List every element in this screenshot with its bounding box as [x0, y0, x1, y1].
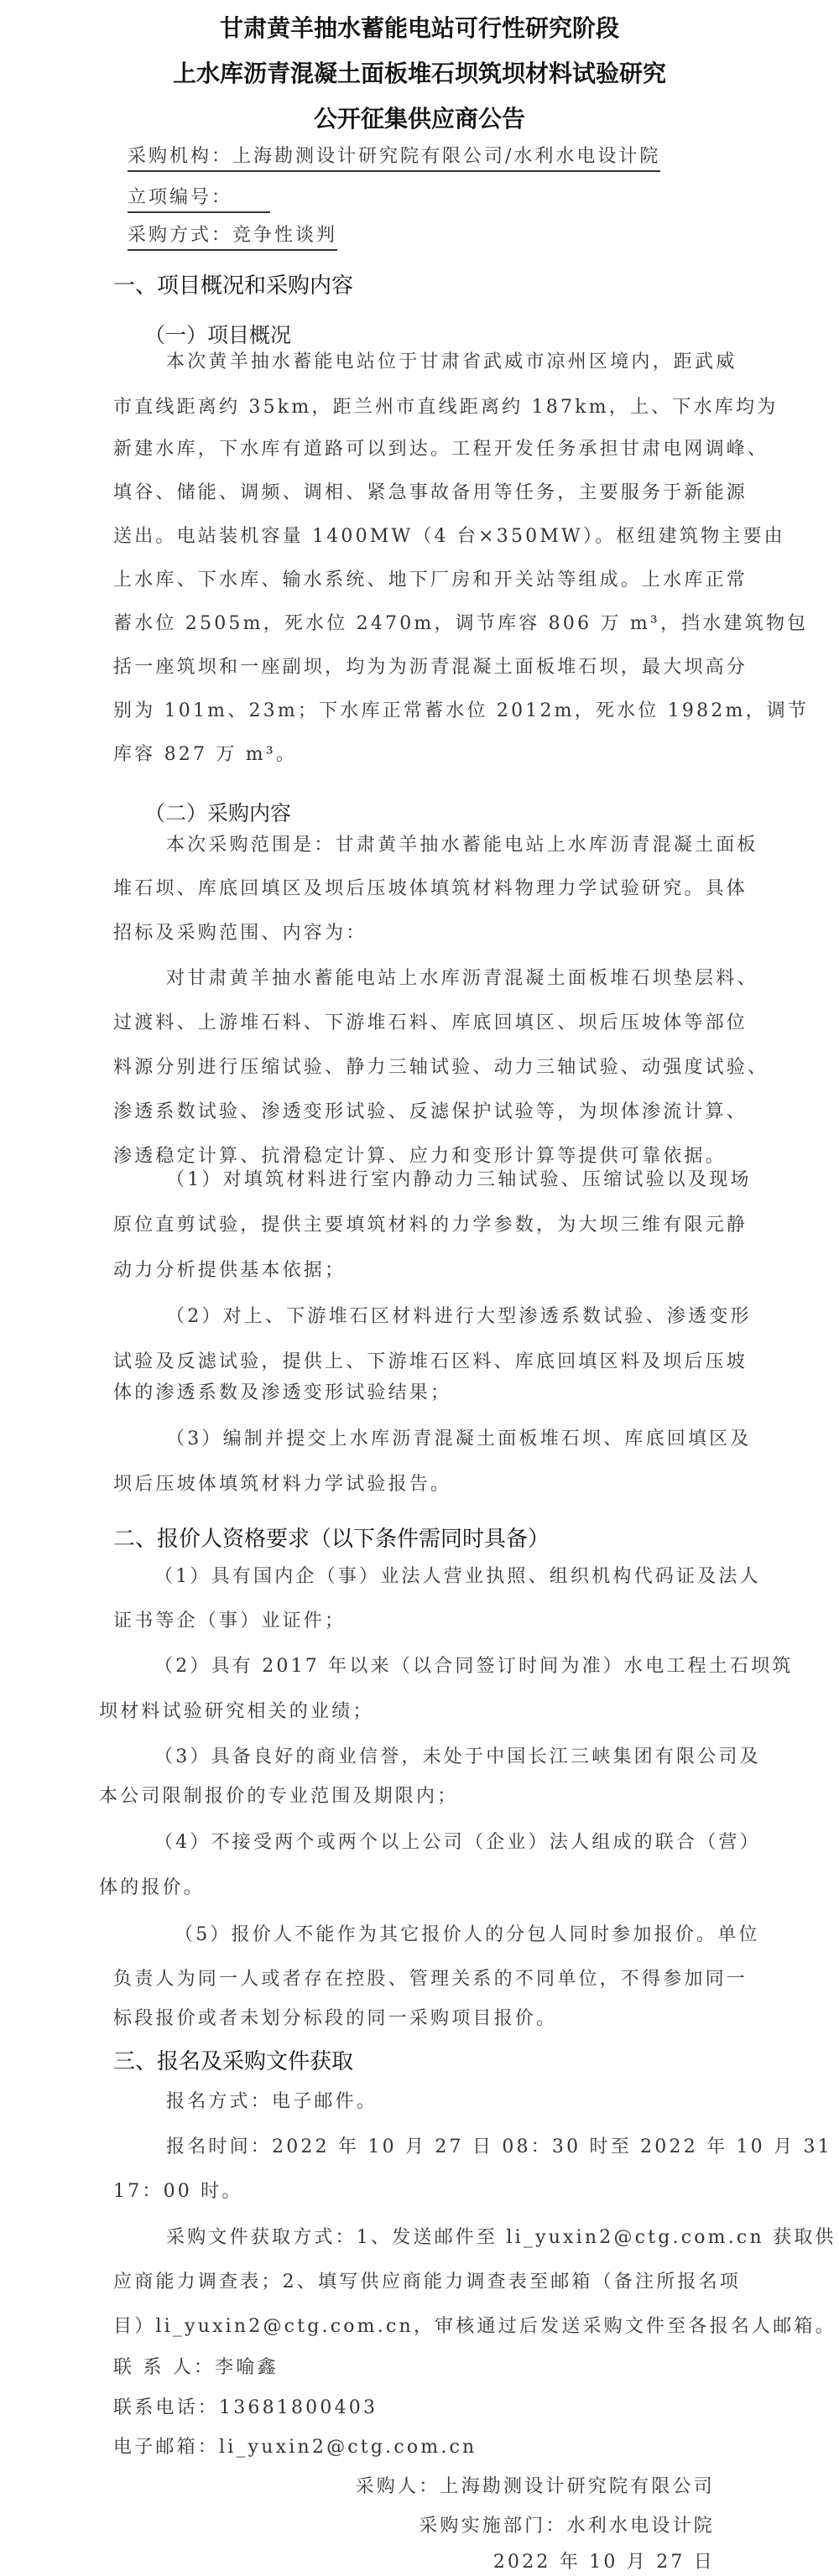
scope-detail-line: 过渡料、上游堆石料、下游堆石料、库底回填区、坝后压坡体等部位 — [113, 1011, 748, 1036]
section-1-heading: 一、项目概况和采购内容 — [113, 268, 353, 299]
scope-item-1-line: 动力分析提供基本依据； — [113, 1258, 346, 1283]
overview-line: 填谷、储能、调频、调相、紧急事故备用等任务，主要服务于新能源 — [113, 481, 748, 506]
signature-date: 2022 年 10 月 27 日 — [493, 2550, 715, 2575]
overview-line: 本次黄羊抽水蓄能电站位于甘肃省武威市凉州区境内，距武威 — [166, 350, 737, 375]
overview-line: 括一座筑坝和一座副坝，均为为沥青混凝土面板堆石坝，最大坝高分 — [113, 655, 748, 680]
qualification-4-line: 体的报价。 — [99, 1876, 205, 1901]
qualification-4-line: （4）不接受两个或两个以上公司（企业）法人组成的联合（营） — [154, 1830, 761, 1855]
procurement-agency: 采购机构：上海勘测设计研究院有限公司/水利水电设计院 — [128, 144, 660, 172]
section-2-heading: 二、报价人资格要求（以下条件需同时具备） — [113, 1522, 550, 1553]
scope-item-1-line: 原位直剪试验，提供主要填筑材料的力学参数，为大坝三维有限元静 — [113, 1213, 748, 1238]
contact-phone: 联系电话：13681800403 — [113, 2396, 378, 2421]
overview-line: 送出。电站装机容量 1400MW（4 台×350MW）。枢纽建筑物主要由 — [113, 524, 785, 549]
qualification-2-line: （2）具有 2017 年以来（以合同签订时间为准）水电工程土石坝筑 — [154, 1654, 794, 1679]
signup-method: 报名方式：电子邮件。 — [166, 2089, 378, 2115]
document-access-line: 采购文件获取方式：1、发送邮件至 li_yuxin2@ctg.com.cn 获取… — [166, 2225, 836, 2251]
scope-item-3-line: （3）编制并提交上水库沥青混凝土面板堆石坝、库底回填区及 — [166, 1427, 752, 1452]
title-line-3: 公开征集供应商公告 — [0, 101, 839, 134]
scope-item-2-line: （2）对上、下游堆石区材料进行大型渗透系数试验、渗透变形 — [166, 1304, 752, 1330]
title-line-1: 甘肃黄羊抽水蓄能电站可行性研究阶段 — [0, 10, 839, 44]
scope-item-1-line: （1）对填筑材料进行室内静动力三轴试验、压缩试验以及现场 — [166, 1168, 752, 1193]
qualification-3-line: 本公司限制报价的专业范围及期限内； — [99, 1784, 458, 1809]
contact-email[interactable]: 电子邮箱：li_yuxin2@ctg.com.cn — [113, 2435, 477, 2460]
title-line-2: 上水库沥青混凝土面板堆石坝筑坝材料试验研究 — [0, 55, 839, 89]
signature-purchaser: 采购人：上海勘测设计研究院有限公司 — [356, 2475, 715, 2500]
qualification-5-line: 标段报价或者未划分标段的同一采购项目报价。 — [113, 2006, 557, 2032]
scope-intro-line: 本次采购范围是：甘肃黄羊抽水蓄能电站上水库沥青混凝土面板 — [166, 833, 758, 858]
qualification-5-line: 负责人为同一人或者存在控股、管理关系的不同单位，不得参加同一 — [113, 1967, 748, 1992]
overview-line: 上水库、下水库、输水系统、地下厂房和开关站等组成。上水库正常 — [113, 568, 748, 593]
subsection-2-heading: （二）采购内容 — [144, 797, 291, 827]
qualification-1-line: （1）具有国内企（事）业法人营业执照、组织机构代码证及法人 — [154, 1564, 761, 1590]
project-number: 立项编号： — [128, 185, 270, 213]
scope-intro-line: 招标及采购范围、内容为： — [113, 921, 367, 946]
qualification-5-line: （5）报价人不能作为其它报价人的分包人同时参加报价。单位 — [175, 1923, 760, 1948]
document-access-line: 目）li_yuxin2@ctg.com.cn，审核通过后发送采购文件至各报名人邮… — [113, 2314, 836, 2339]
overview-line: 新建水库，下水库有道路可以到达。工程开发任务承担甘肃电网调峰、 — [113, 437, 769, 462]
scope-detail-line: 渗透稳定计算、抗滑稳定计算、应力和变形计算等提供可靠依据。 — [113, 1144, 727, 1169]
scope-item-2-line: 体的渗透系数及渗透变形试验结果； — [113, 1381, 451, 1406]
document-access-line: 应商能力调查表；2、填写供应商能力调查表至邮箱（备注所报名项 — [113, 2270, 741, 2295]
signature-department: 采购实施部门：水利水电设计院 — [419, 2514, 715, 2539]
scope-item-3-line: 坝后压坡体填筑材料力学试验报告。 — [113, 1472, 451, 1497]
scope-detail-line: 渗透系数试验、渗透变形试验、反滤保护试验等，为坝体渗流计算、 — [113, 1100, 748, 1125]
contact-person: 联 系 人：李喻鑫 — [113, 2355, 279, 2381]
subsection-1-heading: （一）项目概况 — [144, 319, 291, 349]
overview-line: 蓄水位 2505m，死水位 2470m，调节库容 806 万 m³，挡水建筑物包 — [113, 611, 808, 637]
overview-line: 别为 101m、23m；下水库正常蓄水位 2012m，死水位 1982m，调节 — [113, 699, 809, 724]
scope-intro-line: 堆石坝、库底回填区及坝后压坡体填筑材料物理力学试验研究。具体 — [113, 877, 748, 902]
signup-time-line: 17：00 时。 — [113, 2179, 243, 2204]
scope-detail-line: 对甘肃黄羊抽水蓄能电站上水库沥青混凝土面板堆石坝垫层料、 — [166, 966, 758, 991]
procurement-method: 采购方式：竞争性谈判 — [128, 223, 337, 251]
qualification-2-line: 坝材料试验研究相关的业绩； — [99, 1699, 374, 1725]
section-3-heading: 三、报名及采购文件获取 — [113, 2044, 353, 2075]
qualification-1-line: 证书等企（事）业证件； — [113, 1609, 346, 1634]
scope-item-2-line: 试验及反滤试验，提供上、下游堆石区料、库底回填区料及坝后压坡 — [113, 1350, 748, 1375]
overview-line: 市直线距离约 35km，距兰州市直线距离约 187km，上、下水库均为 — [113, 395, 778, 420]
qualification-3-line: （3）具备良好的商业信誉，未处于中国长江三峡集团有限公司及 — [154, 1745, 761, 1770]
scope-detail-line: 料源分别进行压缩试验、静力三轴试验、动力三轴试验、动强度试验、 — [113, 1055, 769, 1080]
overview-line: 库容 827 万 m³。 — [113, 742, 297, 768]
signup-time-line: 报名时间：2022 年 10 月 27 日 08：30 时至 2022 年 10… — [166, 2135, 839, 2160]
